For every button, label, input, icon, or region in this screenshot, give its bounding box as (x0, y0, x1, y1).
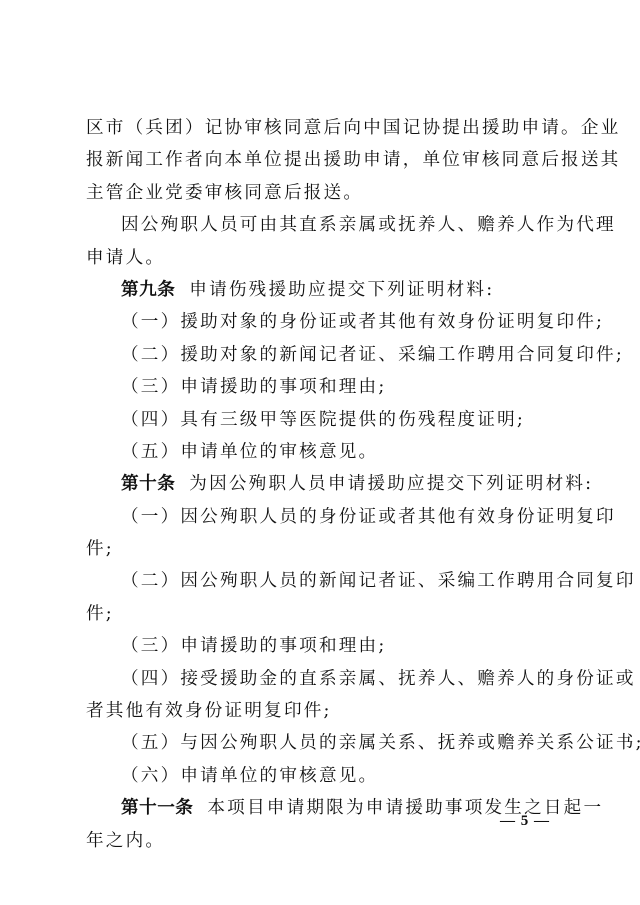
paragraph-line: 主管企业党委审核同意后报送。 (86, 177, 562, 209)
article-9-heading-line: 第九条申请伤残援助应提交下列证明材料: (86, 274, 562, 306)
article-10-item-cont: 件; (86, 533, 562, 565)
article-11-heading: 第十一条 (121, 798, 193, 818)
article-9-item: （二）援助对象的新闻记者证、采编工作聘用合同复印件; (86, 339, 562, 371)
article-10-item: （一）因公殉职人员的身份证或者其他有效身份证明复印 (86, 501, 562, 533)
article-11-cont: 年之内。 (86, 825, 562, 857)
article-11-heading-line: 第十一条本项目申请期限为申请援助事项发生之日起一 (86, 792, 562, 824)
paragraph-line: 报新闻工作者向本单位提出援助申请，单位审核同意后报送其 (86, 144, 562, 176)
page-number: — 5 — (500, 813, 550, 830)
article-10-item: （三）申请援助的事项和理由; (86, 630, 562, 662)
paragraph-line: 因公殉职人员可由其直系亲属或抚养人、赡养人作为代理 (86, 209, 562, 241)
article-10-item: （四）接受援助金的直系亲属、抚养人、赡养人的身份证或 (86, 663, 562, 695)
article-9-item: （三）申请援助的事项和理由; (86, 371, 562, 403)
article-10-heading-line: 第十条为因公殉职人员申请援助应提交下列证明材料: (86, 468, 562, 500)
article-9-item: （五）申请单位的审核意见。 (86, 436, 562, 468)
article-9-heading: 第九条 (121, 280, 175, 300)
article-10-item-cont: 者其他有效身份证明复印件; (86, 695, 562, 727)
article-10-item: （五）与因公殉职人员的亲属关系、抚养或赡养关系公证书; (86, 727, 562, 759)
article-9-item: （一）援助对象的身份证或者其他有效身份证明复印件; (86, 306, 562, 338)
article-10-text: 为因公殉职人员申请援助应提交下列证明材料: (189, 474, 593, 494)
article-10-item: （六）申请单位的审核意见。 (86, 760, 562, 792)
paragraph-line: 区市（兵团）记协审核同意后向中国记协提出援助申请。企业 (86, 112, 562, 144)
article-9-text: 申请伤残援助应提交下列证明材料: (189, 280, 494, 300)
article-10-heading: 第十条 (121, 474, 175, 494)
paragraph-line: 申请人。 (86, 242, 562, 274)
article-10-item-cont: 件; (86, 598, 562, 630)
article-10-item: （二）因公殉职人员的新闻记者证、采编工作聘用合同复印 (86, 565, 562, 597)
article-9-item: （四）具有三级甲等医院提供的伤残程度证明; (86, 404, 562, 436)
document-page: 区市（兵团）记协审核同意后向中国记协提出援助申请。企业 报新闻工作者向本单位提出… (86, 112, 562, 857)
